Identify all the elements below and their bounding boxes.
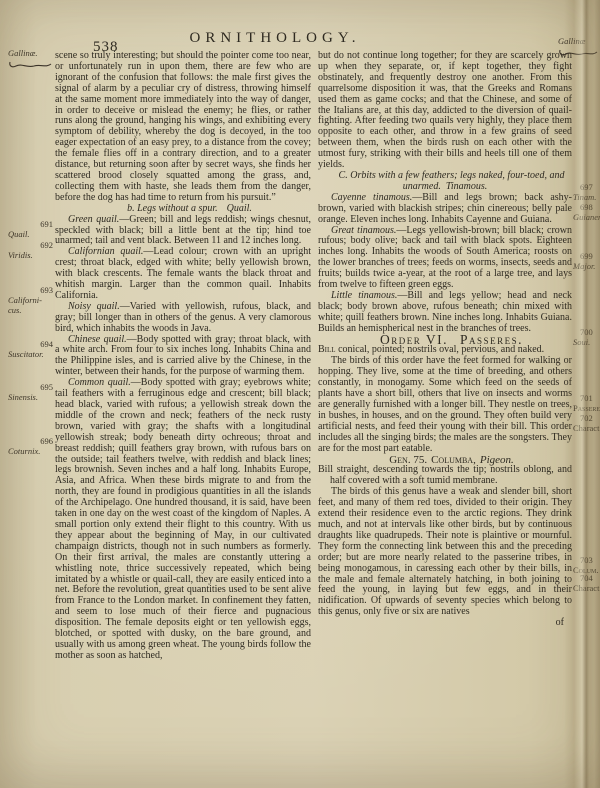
section-heading-c-tinamous: C. Orbits with a few feathers; legs nake… [318, 171, 572, 193]
heading-text: Quail. [227, 203, 252, 214]
book-gutter-edge [564, 0, 600, 788]
species-name: Chinese quail. [68, 334, 127, 345]
margin-note-695: 695 Sinensis. [8, 383, 54, 403]
margin-note-label: Quail. [8, 230, 54, 240]
character-lead: Bill [318, 344, 336, 355]
species-name: Californian quail. [68, 246, 143, 257]
margin-note-696: 696 Coturnix. [8, 437, 54, 457]
species-cayenne-tinamous: Cayenne tinamous.—Bill and legs brown; b… [318, 193, 572, 226]
margin-note-694: 694 Suscitator. [8, 340, 54, 360]
swash-underline-icon [8, 60, 52, 69]
species-description: —Body spotted with gray; eyebrows white;… [55, 377, 311, 661]
species-californian-quail: Californian quail.—Lead colour; crown wi… [55, 247, 311, 302]
species-name: Great tinamous. [331, 225, 396, 236]
paragraph-columba-description: The birds of this genus have a weak and … [318, 487, 572, 618]
heading-text: b. Legs without a spur. [127, 203, 218, 214]
species-green-quail: Green quail.—Green; bill and legs reddis… [55, 215, 311, 248]
species-name: Noisy quail. [68, 301, 120, 312]
species-great-tinamous: Great tinamous.—Legs yellowish-brown; bi… [318, 226, 572, 291]
margin-note-693: 693 Californi-cus. [8, 286, 54, 315]
margin-note-691: 691 Quail. [8, 220, 54, 240]
margin-note-label: Suscitator. [8, 350, 54, 360]
paragraph-order-description: The birds of this order have the feet fo… [318, 356, 572, 454]
margin-note-label: Coturnix. [8, 447, 54, 457]
margin-note-label: Viridis. [8, 251, 54, 261]
species-name: Green quail. [68, 214, 119, 225]
character-text: conical, pointed; nostrils oval, perviou… [336, 344, 545, 355]
book-page: 538 ORNITHOLOGY. Gallinæ. 691 Quail. 692… [0, 0, 600, 788]
paragraph-pointer-scene: scene so truly interesting; but should t… [55, 51, 311, 204]
text-column-right: but do not continue long together; for t… [318, 51, 572, 629]
species-little-tinamous: Little tinamous.—Bill and legs yellow; h… [318, 291, 572, 335]
margin-note-label: Gallinæ. [8, 49, 54, 59]
page-header-title: ORNITHOLOGY. [55, 30, 495, 47]
species-chinese-quail: Chinese quail.—Body spotted with gray; t… [55, 335, 311, 379]
genus-character-columba: Bill straight, descending towards the ti… [318, 465, 572, 487]
margin-note-692: 692 Viridis. [8, 241, 54, 261]
catchword: of [318, 618, 572, 629]
paragraph-quail-fighting: but do not continue long together; for t… [318, 51, 572, 171]
margin-note-label: Sinensis. [8, 393, 54, 403]
margin-note-label: Californi-cus. [8, 296, 54, 316]
species-name: Cayenne tinamous. [331, 192, 412, 203]
text-column-left: scene so truly interesting; but should t… [55, 51, 311, 662]
species-name: Common quail. [68, 377, 131, 388]
species-common-quail: Common quail.—Body spotted with gray; ey… [55, 378, 311, 662]
species-noisy-quail: Noisy quail.—Varied with yellowish, rufo… [55, 302, 311, 335]
species-name: Little tinamous. [331, 290, 397, 301]
margin-note-gallinae-left: Gallinæ. [8, 49, 54, 69]
